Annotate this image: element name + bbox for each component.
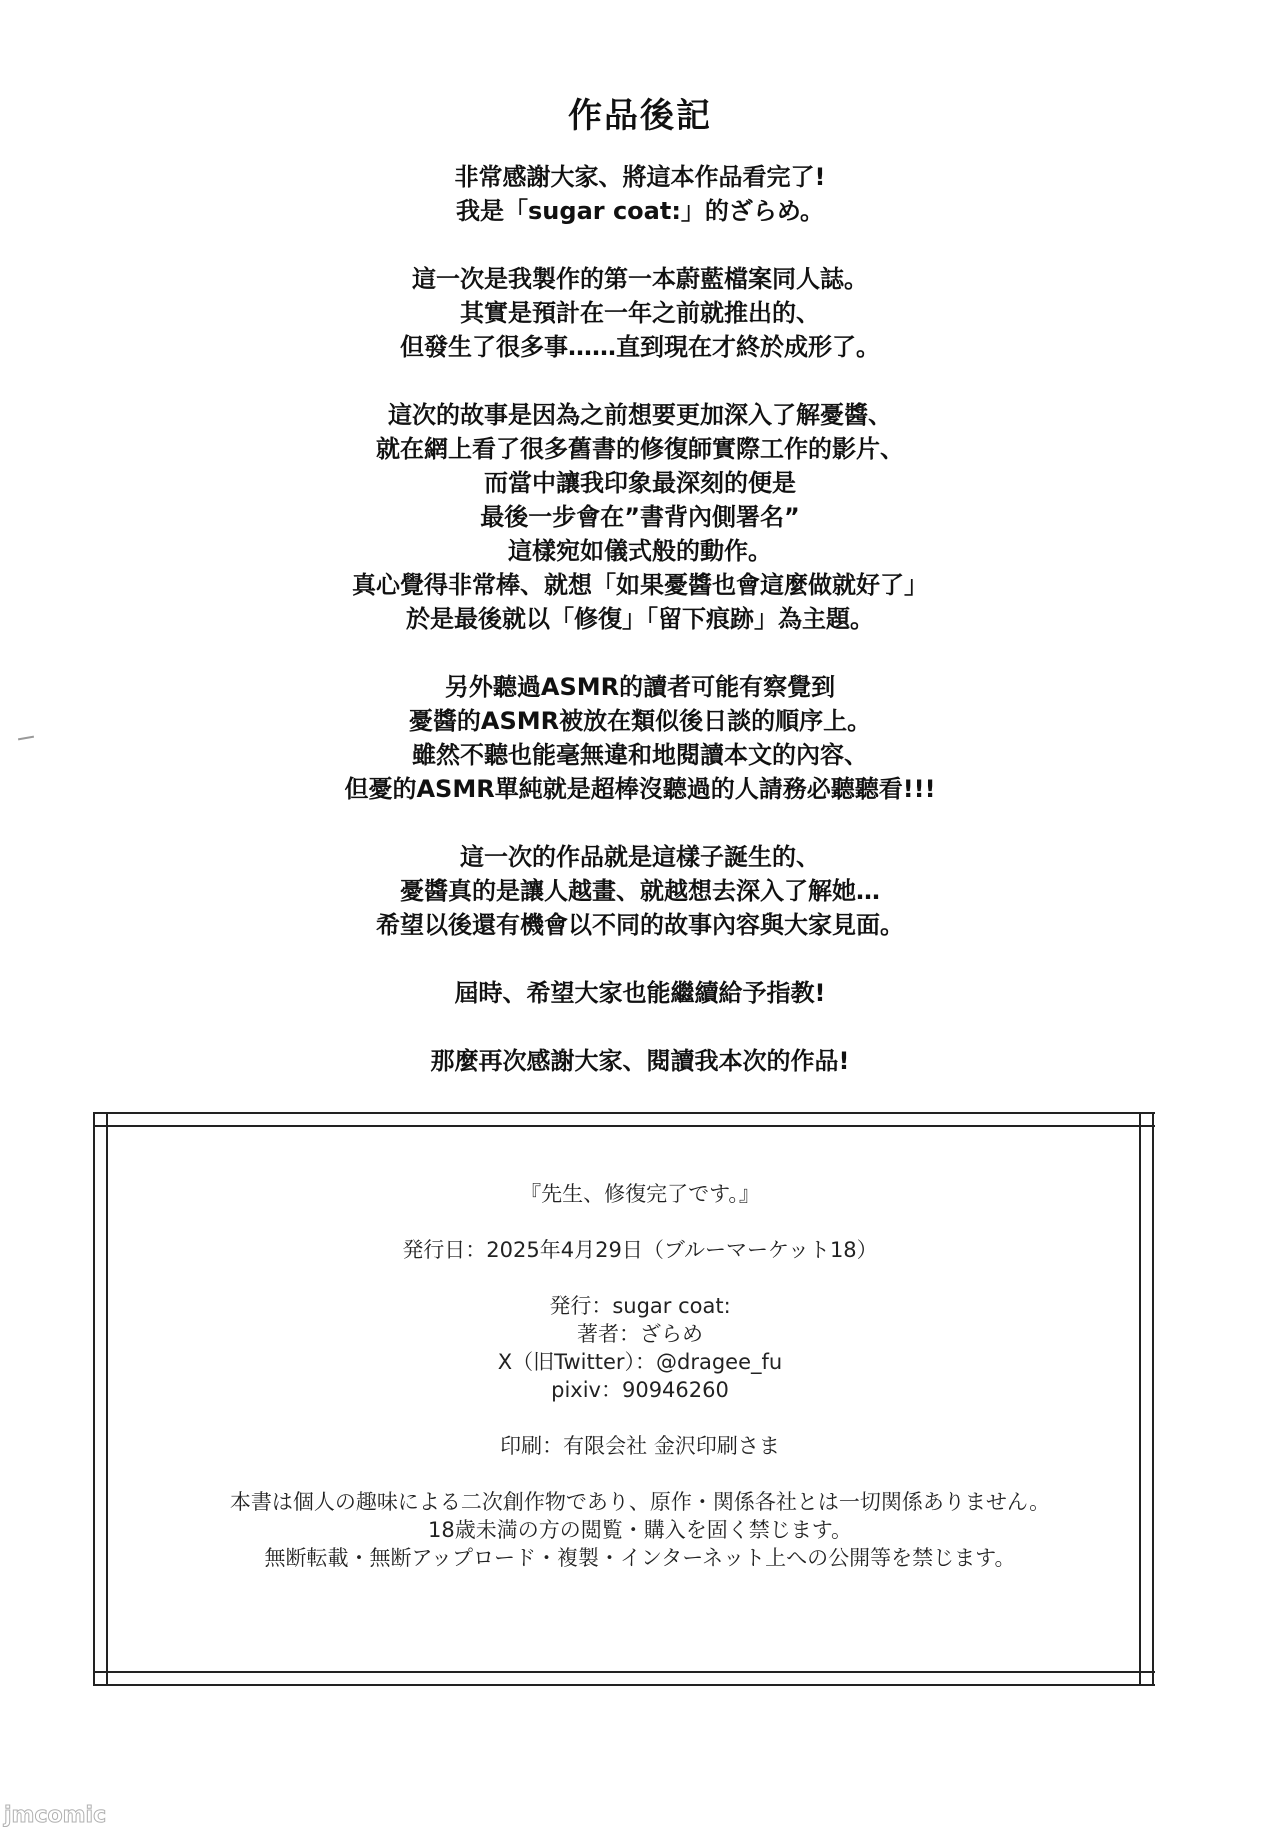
text-line: 而當中讓我印象最深刻的便是	[0, 466, 1280, 500]
frame-line	[93, 1684, 1155, 1686]
text-line: 那麼再次感謝大家、閱讀我本次的作品!	[0, 1044, 1280, 1078]
pixiv-id: pixiv：90946260	[0, 1376, 1280, 1404]
x-account: X（旧Twitter）：@dragee_fu	[0, 1348, 1280, 1376]
watermark-logo: jmcomic	[4, 1803, 106, 1828]
text-line: 於是最後就以「修復」「留下痕跡」為主題。	[0, 602, 1280, 636]
release-date: 発行日：2025年4月29日（ブルーマーケット18）	[0, 1236, 1280, 1264]
frame-line	[93, 1112, 1155, 1114]
text-line: 希望以後還有機會以不同的故事內容與大家見面。	[0, 908, 1280, 942]
frame-line	[93, 1125, 1155, 1127]
book-title: 『先生、修復完了です。』	[0, 1180, 1280, 1208]
text-line: 雖然不聽也能毫無違和地閱讀本文的內容、	[0, 738, 1280, 772]
colophon: 『先生、修復完了です。』 発行日：2025年4月29日（ブルーマーケット18） …	[0, 1180, 1280, 1600]
text-line: 這一次是我製作的第一本蔚藍檔案同人誌。	[0, 262, 1280, 296]
afterword-paragraph-6: 屆時、希望大家也能繼續給予指教!	[0, 976, 1280, 1010]
disclaimer-line: 本書は個人の趣味による二次創作物であり、原作・関係各社とは一切関係ありません。	[0, 1488, 1280, 1516]
text-line: 其實是預計在一年之前就推出的、	[0, 296, 1280, 330]
text-line: 屆時、希望大家也能繼續給予指教!	[0, 976, 1280, 1010]
printer: 印刷：有限会社 金沢印刷さま	[0, 1432, 1280, 1460]
afterword-paragraph-1: 非常感謝大家、將這本作品看完了! 我是「sugar coat:」的ざらめ。	[0, 160, 1280, 228]
frame-line	[93, 1671, 1155, 1673]
text-line: 非常感謝大家、將這本作品看完了!	[0, 160, 1280, 194]
text-line: 但憂的ASMR單純就是超棒沒聽過的人請務必聽聽看!!!	[0, 772, 1280, 806]
text-line: 這樣宛如儀式般的動作。	[0, 534, 1280, 568]
disclaimer-line: 18歳未満の方の閲覧・購入を固く禁じます。	[0, 1516, 1280, 1544]
publisher: 発行：sugar coat:	[0, 1292, 1280, 1320]
text-line: 憂醬的ASMR被放在類似後日談的順序上。	[0, 704, 1280, 738]
text-line: 但發生了很多事……直到現在才終於成形了。	[0, 330, 1280, 364]
text-line: 我是「sugar coat:」的ざらめ。	[0, 194, 1280, 228]
text-line: 這一次的作品就是這樣子誕生的、	[0, 840, 1280, 874]
afterword-paragraph-4: 另外聽過ASMR的讀者可能有察覺到 憂醬的ASMR被放在類似後日談的順序上。 雖…	[0, 670, 1280, 806]
text-line: 最後一步會在”書背內側署名”	[0, 500, 1280, 534]
afterword-paragraph-3: 這次的故事是因為之前想要更加深入了解憂醬、 就在網上看了很多舊書的修復師實際工作…	[0, 398, 1280, 636]
text-line: 這次的故事是因為之前想要更加深入了解憂醬、	[0, 398, 1280, 432]
afterword-paragraph-7: 那麼再次感謝大家、閱讀我本次的作品!	[0, 1044, 1280, 1078]
text-line: 真心覺得非常棒、就想「如果憂醬也會這麼做就好了」	[0, 568, 1280, 602]
disclaimer-line: 無断転載・無断アップロード・複製・インターネット上への公開等を禁じます。	[0, 1544, 1280, 1572]
page-title: 作品後記	[0, 88, 1280, 137]
afterword-paragraph-5: 這一次的作品就是這樣子誕生的、 憂醬真的是讓人越畫、就越想去深入了解她… 希望以…	[0, 840, 1280, 942]
afterword-paragraph-2: 這一次是我製作的第一本蔚藍檔案同人誌。 其實是預計在一年之前就推出的、 但發生了…	[0, 262, 1280, 364]
text-line: 就在網上看了很多舊書的修復師實際工作的影片、	[0, 432, 1280, 466]
afterword-body: 非常感謝大家、將這本作品看完了! 我是「sugar coat:」的ざらめ。 這一…	[0, 160, 1280, 1112]
text-line: 憂醬真的是讓人越畫、就越想去深入了解她…	[0, 874, 1280, 908]
text-line: 另外聽過ASMR的讀者可能有察覺到	[0, 670, 1280, 704]
author: 著者：ざらめ	[0, 1320, 1280, 1348]
